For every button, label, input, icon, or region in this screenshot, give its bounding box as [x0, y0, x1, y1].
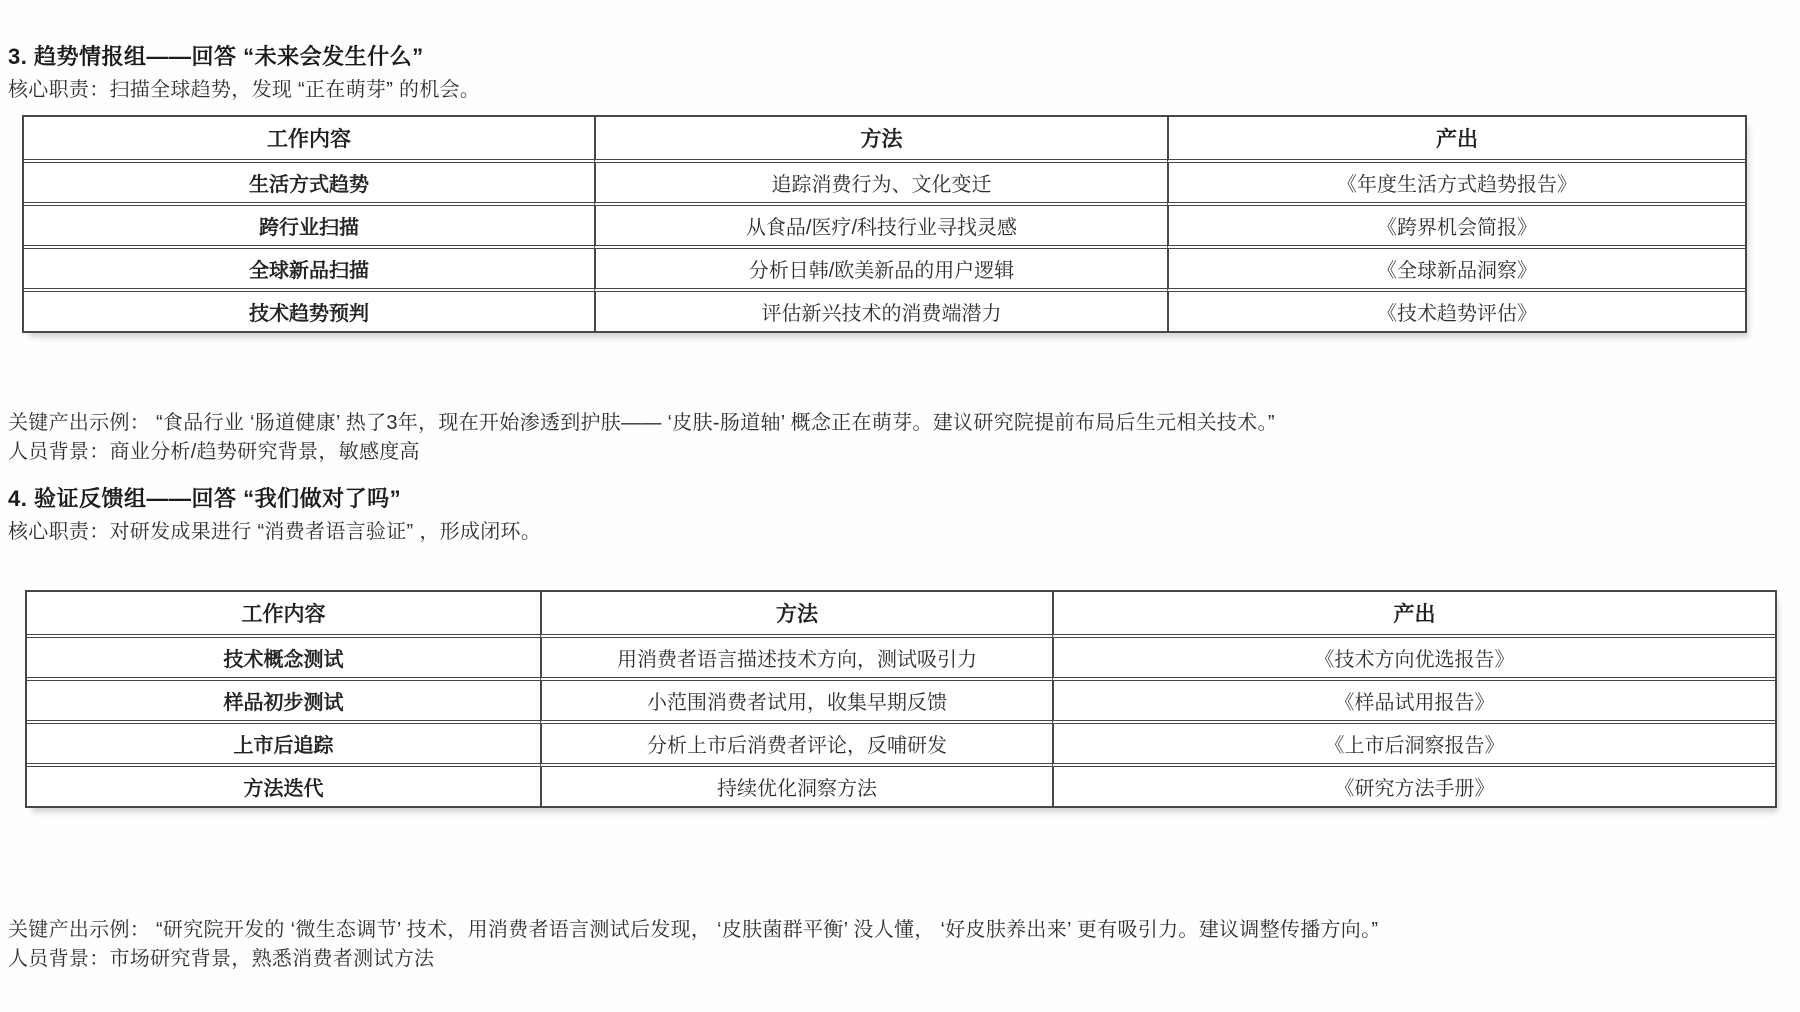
table-cell: 方法迭代 [27, 767, 540, 806]
table-cell: 《技术方向优选报告》 [1052, 638, 1775, 681]
table-cell: 技术趋势预判 [24, 292, 594, 331]
section-4-key-output: 关键产出示例： “研究院开发的 ‘微生态调节’ 技术，用消费者语言测试后发现， … [8, 913, 1378, 942]
table-cell: 《跨界机会简报》 [1167, 206, 1745, 249]
table-row: 技术趋势预判 评估新兴技术的消费端潜力 《技术趋势评估》 [24, 292, 1745, 331]
table-cell: 从食品/医疗/科技行业寻找灵感 [594, 206, 1167, 249]
column-header: 方法 [540, 592, 1052, 638]
table-cell: 全球新品扫描 [24, 249, 594, 292]
table-cell: 《研究方法手册》 [1052, 767, 1775, 806]
table-cell: 《样品试用报告》 [1052, 681, 1775, 724]
table-cell: 评估新兴技术的消费端潜力 [594, 292, 1167, 331]
column-header: 产出 [1052, 592, 1775, 638]
table-cell: 技术概念测试 [27, 638, 540, 681]
table-row: 技术概念测试 用消费者语言描述技术方向，测试吸引力 《技术方向优选报告》 [27, 638, 1775, 681]
table-cell: 追踪消费行为、文化变迁 [594, 163, 1167, 206]
table-cell: 《全球新品洞察》 [1167, 249, 1745, 292]
table-row: 生活方式趋势 追踪消费行为、文化变迁 《年度生活方式趋势报告》 [24, 163, 1745, 206]
section-4-title: 4. 验证反馈组——回答 “我们做对了吗” [8, 482, 401, 513]
table-cell: 跨行业扫描 [24, 206, 594, 249]
table-cell: 《技术趋势评估》 [1167, 292, 1745, 331]
table-cell: 用消费者语言描述技术方向，测试吸引力 [540, 638, 1052, 681]
table-row: 样品初步测试 小范围消费者试用，收集早期反馈 《样品试用报告》 [27, 681, 1775, 724]
validation-feedback-table: 工作内容 方法 产出 技术概念测试 用消费者语言描述技术方向，测试吸引力 《技术… [25, 590, 1777, 808]
table-cell: 小范围消费者试用，收集早期反馈 [540, 681, 1052, 724]
table-cell: 持续优化洞察方法 [540, 767, 1052, 806]
section-4-personnel: 人员背景：市场研究背景，熟悉消费者测试方法 [8, 942, 434, 971]
section-3-personnel: 人员背景：商业分析/趋势研究背景，敏感度高 [8, 435, 420, 464]
table-row: 全球新品扫描 分析日韩/欧美新品的用户逻辑 《全球新品洞察》 [24, 249, 1745, 292]
trend-intel-table: 工作内容 方法 产出 生活方式趋势 追踪消费行为、文化变迁 《年度生活方式趋势报… [22, 115, 1747, 333]
table-header-row: 工作内容 方法 产出 [27, 592, 1775, 638]
column-header: 工作内容 [24, 117, 594, 163]
table-row: 方法迭代 持续优化洞察方法 《研究方法手册》 [27, 767, 1775, 806]
section-4-subtitle: 核心职责：对研发成果进行 “消费者语言验证” ，形成闭环。 [8, 515, 541, 544]
column-header: 工作内容 [27, 592, 540, 638]
table-row: 上市后追踪 分析上市后消费者评论，反哺研发 《上市后洞察报告》 [27, 724, 1775, 767]
column-header: 方法 [594, 117, 1167, 163]
section-3-title: 3. 趋势情报组——回答 “未来会发生什么” [8, 40, 424, 71]
section-3-key-output: 关键产出示例： “食品行业 ‘肠道健康’ 热了3年，现在开始渗透到护肤—— ‘皮… [8, 406, 1275, 435]
document-page: 3. 趋势情报组——回答 “未来会发生什么” 核心职责：扫描全球趋势，发现 “正… [0, 0, 1800, 1012]
table-cell: 《上市后洞察报告》 [1052, 724, 1775, 767]
section-3-subtitle: 核心职责：扫描全球趋势，发现 “正在萌芽” 的机会。 [8, 73, 480, 102]
column-header: 产出 [1167, 117, 1745, 163]
table-cell: 分析上市后消费者评论，反哺研发 [540, 724, 1052, 767]
table-cell: 《年度生活方式趋势报告》 [1167, 163, 1745, 206]
table-row: 跨行业扫描 从食品/医疗/科技行业寻找灵感 《跨界机会简报》 [24, 206, 1745, 249]
table-cell: 分析日韩/欧美新品的用户逻辑 [594, 249, 1167, 292]
table-cell: 上市后追踪 [27, 724, 540, 767]
table-cell: 生活方式趋势 [24, 163, 594, 206]
table-cell: 样品初步测试 [27, 681, 540, 724]
table-header-row: 工作内容 方法 产出 [24, 117, 1745, 163]
